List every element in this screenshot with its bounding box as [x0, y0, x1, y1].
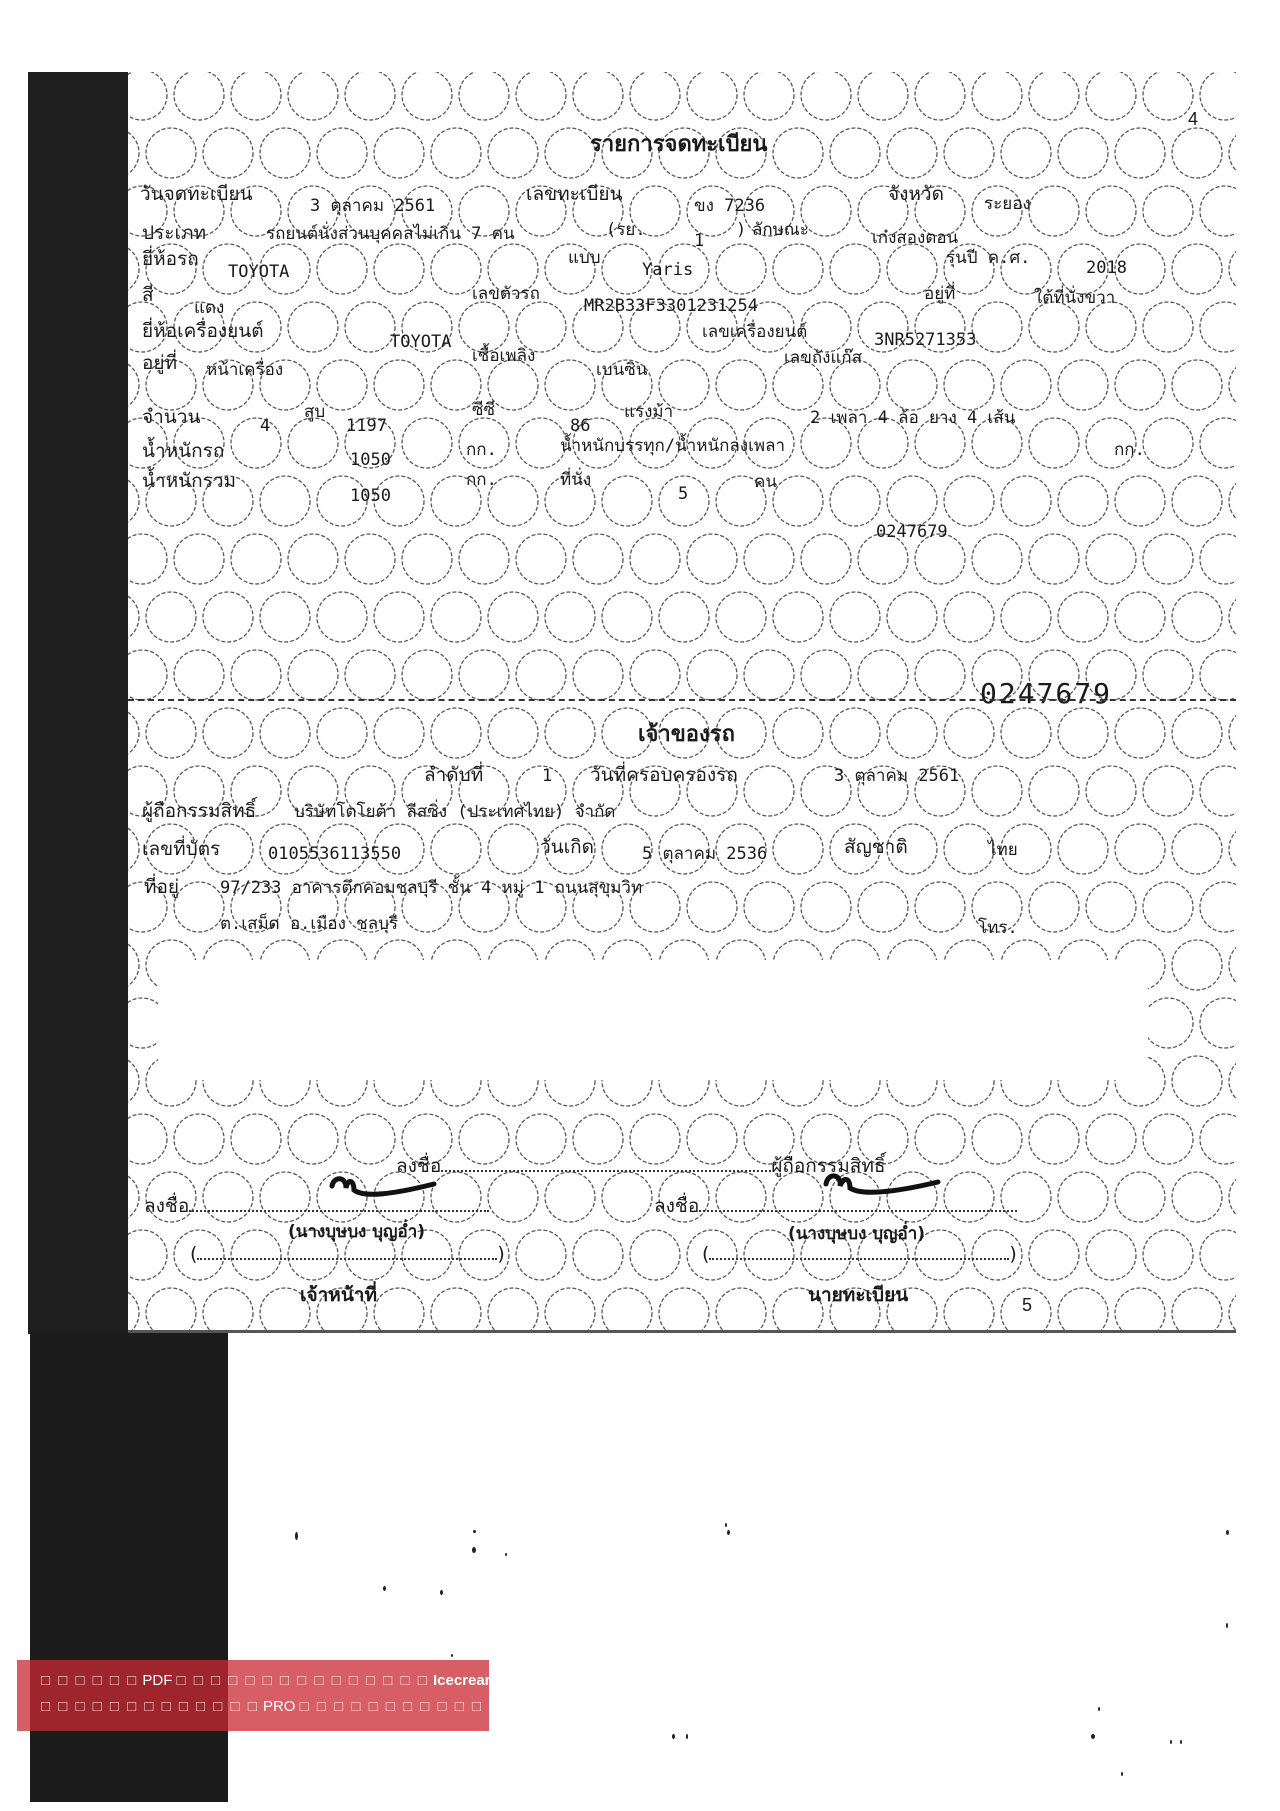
ry-open: (รย. — [606, 222, 646, 239]
load-weight-label: น้ำหนักบรรทุก/น้ำหนักลงเพลา — [560, 438, 785, 455]
icecream-pdf-watermark: □ □ □ □ □ □ PDF □ □ □ □ □ □ □ □ □ □ □ □ … — [17, 1660, 489, 1731]
type-value: รถยนต์นั่งส่วนบุคคลไม่เกิน 7 คน — [266, 226, 515, 243]
scan-speck — [383, 1586, 386, 1591]
scan-speck — [1091, 1734, 1095, 1739]
hp-label: แรงม้า — [624, 404, 673, 421]
order-label: ลำดับที่ — [424, 766, 483, 785]
owner-title: เจ้าของรถ — [638, 724, 735, 746]
id-value: 0105536113550 — [268, 846, 401, 863]
hp-value: 86 — [570, 418, 590, 435]
type-label: ประเภท — [142, 224, 206, 243]
vehicle-registration-form: 4 รายการจดทะเบียน วันจดทะเบียน 3 ตุลาคม … — [128, 72, 1236, 1332]
holder-sign-label: ลงชื่อผู้ถือกรรมสิทธิ์ — [396, 1156, 885, 1176]
scan-speck — [505, 1553, 507, 1556]
fuel-label: เชื้อเพลิง — [472, 348, 535, 365]
plate-value: ขง 7236 — [694, 198, 765, 215]
style-label: ลักษณะ — [752, 222, 809, 239]
chassis-location-label: อยู่ที่ — [924, 286, 955, 303]
color-label: สี — [142, 286, 154, 305]
id-label: เลขที่บัตร — [142, 840, 220, 859]
seats-label: ที่นั่ง — [560, 472, 591, 489]
address-line2: ต.เสม็ด อ.เมือง ชลบุรี — [220, 916, 398, 933]
fuel-value: เบนซิน — [596, 362, 647, 379]
address-line1: 97/233 อาคารตึกคอมชลบุรี ชั้น 4 หมู่ 1 ถ… — [220, 880, 642, 897]
chassis-label: เลขตัวรถ — [472, 286, 540, 303]
officer-role: เจ้าหน้าที่ — [300, 1286, 377, 1305]
scan-speck — [1180, 1740, 1182, 1744]
form-bottom-edge — [128, 1330, 1236, 1333]
watermark-line-1: □ □ □ □ □ □ PDF □ □ □ □ □ □ □ □ □ □ □ □ … — [41, 1668, 489, 1694]
scan-speck — [451, 1654, 453, 1657]
model-label: แบบ — [568, 250, 601, 267]
serial-printed: 0247679 — [876, 524, 948, 541]
registration-title: รายการจดทะเบียน — [590, 134, 767, 156]
registrar-name: (นางบุษบง บุญอ่ำ) — [788, 1226, 925, 1243]
plate-label: เลขทะเบียน — [526, 185, 623, 204]
scan-speck — [1098, 1707, 1100, 1711]
total-weight-value: 1050 — [350, 488, 391, 505]
weight-kg-label: กก. — [466, 442, 497, 459]
model-year-label: รุ่นปี ค.ศ. — [946, 250, 1030, 267]
ry-close: ) — [736, 222, 746, 239]
province-value: ระยอง — [984, 196, 1031, 213]
page-number-top: 4 — [1188, 110, 1198, 128]
chassis-value: MR2B33F3301231254 — [584, 298, 758, 315]
nationality-label: สัญชาติ — [844, 838, 908, 857]
color-value: แดง — [194, 300, 224, 317]
holder-label: ผู้ถือกรรมสิทธิ์ — [142, 802, 256, 821]
birth-value: 5 ตุลาคม 2536 — [642, 846, 767, 863]
scan-speck — [686, 1734, 688, 1739]
chassis-location-value: ใต้ที่นั่งขวา — [1034, 290, 1115, 307]
registrar-signature — [816, 1166, 946, 1206]
registrar-role: นายทะเบียน — [808, 1286, 908, 1305]
possession-date-label: วันที่ครอบครองรถ — [590, 766, 738, 785]
engine-location-value: หน้าเครื่อง — [206, 362, 283, 379]
province-label: จังหวัด — [888, 185, 944, 204]
officer-name: (นางบุษบง บุญอ่ำ) — [288, 1224, 425, 1241]
scan-speck — [727, 1530, 730, 1535]
scan-speck — [725, 1523, 727, 1527]
scan-speck — [440, 1590, 443, 1595]
load-weight-kg-label: กก. — [1114, 442, 1145, 459]
cylinders-label: สูบ — [304, 404, 325, 421]
birth-label: วันเกิด — [540, 838, 594, 857]
cc-value: 1197 — [346, 418, 387, 435]
reg-date-label: วันจดทะเบียน — [140, 185, 253, 204]
scan-speck — [1170, 1740, 1172, 1744]
scan-speck — [672, 1734, 675, 1739]
cc-label: ซีซี — [472, 402, 495, 419]
scan-black-border-lower — [30, 1332, 228, 1802]
registrar-name-line: () — [702, 1244, 1017, 1264]
order-value: 1 — [542, 768, 552, 785]
holder-value: บริษัทโตโยต้า ลีสซิ่ง (ประเทศไทย) จำกัด — [294, 804, 615, 821]
count-label: จำนวน — [142, 408, 200, 427]
scan-black-border — [28, 72, 128, 1334]
engine-location-label: อยู่ที่ — [142, 354, 177, 373]
scan-speck — [1226, 1623, 1228, 1628]
scan-speck — [295, 1532, 298, 1540]
engine-no-value: 3NR5271353 — [874, 332, 976, 349]
style-value: เก๋งสองตอน — [872, 230, 958, 247]
redacted-area — [158, 960, 1148, 1080]
axle-wheels-value: 2 เพลา 4 ล้อ ยาง 4 เส้น — [810, 410, 1015, 427]
scan-speck — [473, 1530, 476, 1533]
weight-value: 1050 — [350, 452, 391, 469]
possession-date-value: 3 ตุลาคม 2561 — [834, 768, 959, 785]
reg-date-value: 3 ตุลาคม 2561 — [310, 198, 435, 215]
address-label: ที่อยู่ — [144, 878, 179, 897]
phone-label: โทร. — [978, 920, 1018, 937]
engine-brand-value: TOYOTA — [390, 334, 451, 351]
brand-value: TOYOTA — [228, 264, 289, 281]
gas-tank-label: เลขถังแก๊ส — [784, 350, 862, 367]
model-year-value: 2018 — [1086, 260, 1127, 277]
weight-label: น้ำหนักรถ — [142, 442, 224, 461]
cylinders-value: 4 — [260, 418, 270, 435]
total-weight-kg-label: กก. — [466, 472, 497, 489]
watermark-line-2: □ □ □ □ □ □ □ □ □ □ □ □ □ PRO □ □ □ □ □ … — [41, 1694, 489, 1720]
ry-value: 1 — [694, 233, 704, 250]
total-weight-label: น้ำหนักรวม — [142, 472, 236, 491]
scan-speck — [1226, 1530, 1229, 1535]
officer-name-line: () — [190, 1244, 505, 1264]
serial-stamped: 0247679 — [980, 680, 1112, 708]
persons-label: คน — [754, 474, 777, 491]
model-value: Yaris — [642, 262, 693, 279]
holder-sign-line — [441, 1156, 771, 1172]
page-number-bottom: 5 — [1022, 1296, 1032, 1314]
scan-speck — [472, 1547, 476, 1553]
engine-brand-label: ยี่ห้อเครื่องยนต์ — [142, 322, 264, 341]
officer-signature — [324, 1168, 444, 1208]
section-separator — [128, 699, 1236, 701]
nationality-value: ไทย — [988, 842, 1018, 859]
scan-speck — [1121, 1772, 1123, 1776]
engine-no-label: เลขเครื่องยนต์ — [702, 324, 807, 341]
brand-label: ยี่ห้อรถ — [142, 250, 199, 269]
seats-value: 5 — [678, 486, 688, 503]
